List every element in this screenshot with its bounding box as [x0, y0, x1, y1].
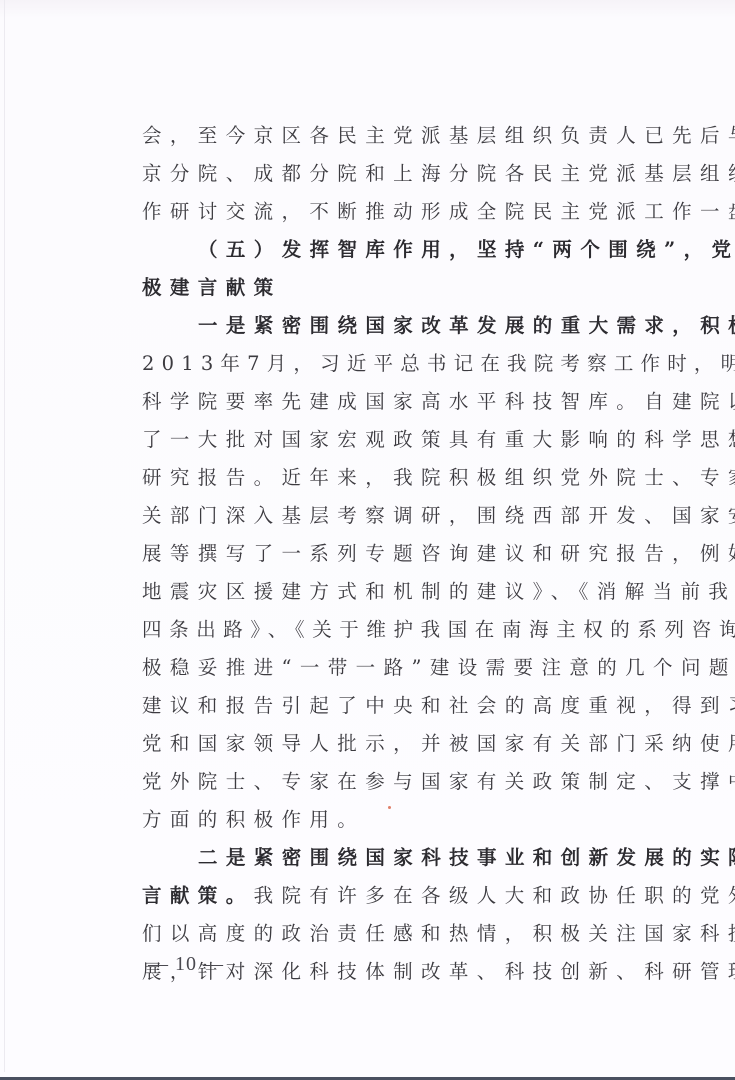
text-line: 研究报告。近年来，我院积极组织党外院士、专家，配合国家有 — [142, 459, 702, 497]
text-line: 方面的积极作用。 — [142, 801, 702, 839]
subheading-point-two-tail: 言献策。 — [142, 884, 254, 907]
body-text: 会，至今京区各民主党派基层组织负责人已先后与西安分院、南 京分院、成都分院和上海… — [142, 117, 702, 991]
scan-edge — [4, 0, 35, 1072]
section-heading-continued: 极建言献策 — [142, 269, 702, 307]
text-line-rest: 我院有许多在各级人大和政协任职的党外代表人士，他 — [254, 884, 735, 907]
text-line: 科学院要率先建成国家高水平科技智库。自建院以来，我院提出 — [142, 383, 702, 421]
text-line: 四条出路》、《关于维护我国在南海主权的系列咨询建议》、《积 — [142, 611, 702, 649]
text-line: 会，至今京区各民主党派基层组织负责人已先后与西安分院、南 — [142, 117, 702, 155]
text-line: 言献策。我院有许多在各级人大和政协任职的党外代表人士，他 — [142, 877, 702, 915]
text-line: 作研讨交流，不断推动形成全院民主党派工作一盘棋的局面。 — [142, 193, 702, 231]
text-line: 们以高度的政治责任感和热情，积极关注国家科技事业和创新发 — [142, 915, 702, 953]
document-page: 会，至今京区各民主党派基层组织负责人已先后与西安分院、南 京分院、成都分院和上海… — [0, 0, 735, 1080]
text-line: 地震灾区援建方式和机制的建议》、《消解当前我国产能过剩的 — [142, 573, 702, 611]
text-line: 党和国家领导人批示，并被国家有关部门采纳使用，充分发挥了 — [142, 725, 702, 763]
text-line: 2013年7月，习近平总书记在我院考察工作时，明确要求中国 — [142, 345, 702, 383]
page-number: — 10 — — [148, 953, 224, 976]
text-line: 了一大批对国家宏观政策具有重大影响的科学思想、咨询建议和 — [142, 421, 702, 459]
text-line: 建议和报告引起了中央和社会的高度重视，得到习近平总书记等 — [142, 687, 702, 725]
subheading-point-one: 一是紧密围绕国家改革发展的重大需求，积极建言献策。 — [142, 307, 702, 345]
text-line: 党外院士、专家在参与国家有关政策制定、支撑中央科学决策等 — [142, 763, 702, 801]
text-line: 关部门深入基层考察调研，围绕西部开发、国家安全、可持续发 — [142, 497, 702, 535]
section-heading: （五）发挥智库作用，坚持“两个围绕”，党外代表人士积 — [142, 231, 702, 269]
ink-speck — [388, 806, 391, 809]
text-line: 京分院、成都分院和上海分院各民主党派基层组织负责人进行工 — [142, 155, 702, 193]
subheading-point-two: 二是紧密围绕国家科技事业和创新发展的实际需求，积极建 — [142, 839, 702, 877]
text-line: 展，针对深化科技体制改革、科技创新、科研管理等工作过程中 — [142, 953, 702, 991]
text-line: 展等撰写了一系列专题咨询建议和研究报告，例如《关于创新 — [142, 535, 702, 573]
text-line: 极稳妥推进“一带一路”建设需要注意的几个问题》等。相关 — [142, 649, 702, 687]
